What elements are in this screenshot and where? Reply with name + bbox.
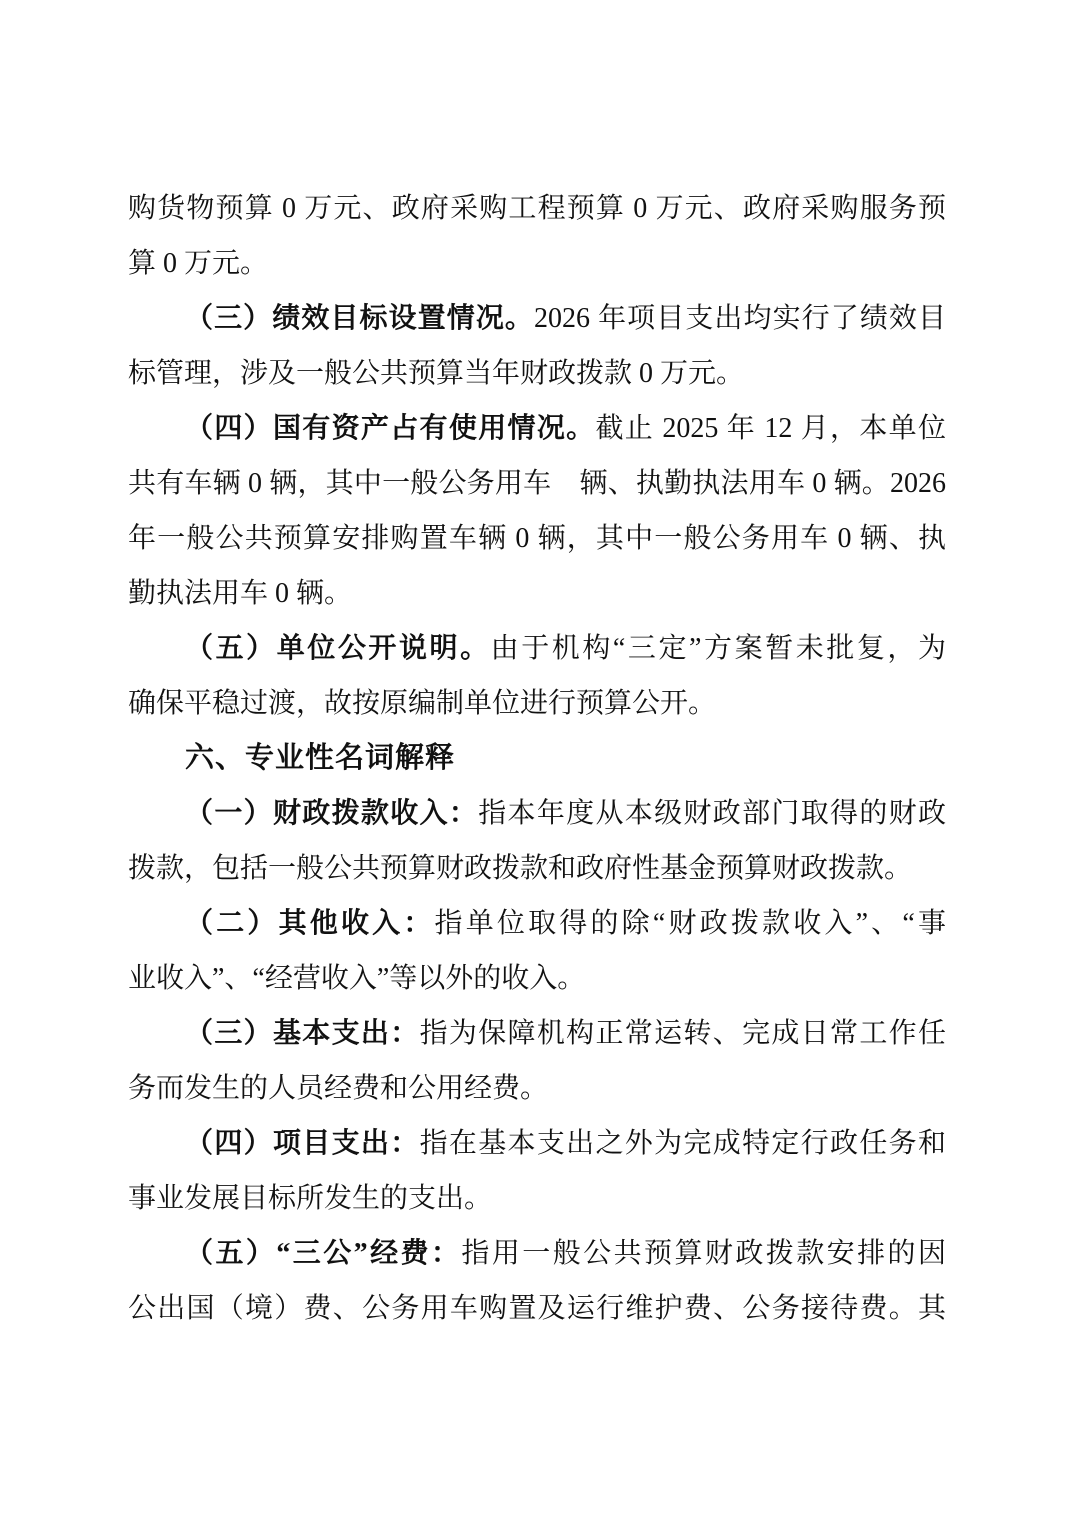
text-line: 算 0 万元。 [128, 236, 946, 291]
text-line: 年一般公共预算安排购置车辆 0 辆，其中一般公务用车 0 辆、执 [128, 511, 946, 566]
body-text: 指在基本支出之外为完成特定行政任务和 [420, 1128, 946, 1159]
body-text: 年一般公共预算安排购置车辆 0 辆，其中一般公务用车 0 辆、执 [128, 523, 946, 554]
text-line: 共有车辆 0 辆，其中一般公务用车 辆、执勤执法用车 0 辆。2026 [128, 456, 946, 511]
term-label: （四）国有资产占有使用情况。 [185, 413, 595, 444]
body-text: 指为保障机构正常运转、完成日常工作任 [420, 1018, 946, 1049]
text-line: （五）“三公”经费：指用一般公共预算财政拨款安排的因 [128, 1226, 946, 1281]
body-text: 指单位取得的除“财政拨款收入”、“事 [435, 908, 946, 939]
text-line: 公出国（境）费、公务用车购置及运行维护费、公务接待费。其 [128, 1281, 946, 1336]
text-line: （一）财政拨款收入：指本年度从本级财政部门取得的财政 [128, 786, 946, 841]
text-line: （二）其他收入：指单位取得的除“财政拨款收入”、“事 [128, 896, 946, 951]
text-line: 购货物预算 0 万元、政府采购工程预算 0 万元、政府采购服务预 [128, 181, 946, 236]
body-text: 务而发生的人员经费和公用经费。 [128, 1073, 548, 1104]
body-text: 业收入”、“经营收入”等以外的收入。 [128, 963, 585, 994]
body-text: 由于机构“三定”方案暂未批复，为 [491, 633, 946, 664]
text-line: 标管理，涉及一般公共预算当年财政拨款 0 万元。 [128, 346, 946, 401]
term-label: （三）绩效目标设置情况。 [185, 303, 534, 334]
text-line: （五）单位公开说明。由于机构“三定”方案暂未批复，为 [128, 621, 946, 676]
term-label: （五）单位公开说明。 [185, 633, 491, 664]
text-line: （四）项目支出：指在基本支出之外为完成特定行政任务和 [128, 1116, 946, 1171]
text-line: 业收入”、“经营收入”等以外的收入。 [128, 951, 946, 1006]
body-text: 算 0 万元。 [128, 248, 268, 279]
term-label: （一）财政拨款收入： [185, 798, 478, 829]
body-text: 指用一般公共预算财政拨款安排的因 [461, 1238, 946, 1269]
text-line: （三）绩效目标设置情况。2026 年项目支出均实行了绩效目 [128, 291, 946, 346]
text-line: 拨款，包括一般公共预算财政拨款和政府性基金预算财政拨款。 [128, 841, 946, 896]
text-line: 勤执法用车 0 辆。 [128, 566, 946, 621]
term-label: （二）其他收入： [185, 908, 435, 939]
body-text: 截止 2025 年 12 月，本单位 [595, 413, 946, 444]
body-text: 购货物预算 0 万元、政府采购工程预算 0 万元、政府采购服务预 [128, 193, 946, 224]
text-line: 事业发展目标所发生的支出。 [128, 1171, 946, 1226]
heading-text: 六、专业性名词解释 [185, 742, 455, 774]
document-body: 购货物预算 0 万元、政府采购工程预算 0 万元、政府采购服务预算 0 万元。（… [128, 181, 946, 1336]
body-text: 指本年度从本级财政部门取得的财政 [478, 798, 946, 829]
body-text: 确保平稳过渡，故按原编制单位进行预算公开。 [128, 688, 716, 719]
body-text: 共有车辆 0 辆，其中一般公务用车 辆、执勤执法用车 0 辆。2026 [128, 468, 946, 499]
term-label: （五）“三公”经费： [185, 1238, 461, 1269]
text-line: 确保平稳过渡，故按原编制单位进行预算公开。 [128, 676, 946, 731]
document-page: 购货物预算 0 万元、政府采购工程预算 0 万元、政府采购服务预算 0 万元。（… [0, 0, 1074, 1520]
body-text: 标管理，涉及一般公共预算当年财政拨款 0 万元。 [128, 358, 744, 389]
body-text: 拨款，包括一般公共预算财政拨款和政府性基金预算财政拨款。 [128, 853, 912, 884]
term-label: （三）基本支出： [185, 1018, 420, 1049]
body-text: 2026 年项目支出均实行了绩效目 [534, 303, 946, 334]
body-text: 勤执法用车 0 辆。 [128, 578, 352, 609]
section-heading: 六、专业性名词解释 [128, 731, 946, 786]
body-text: 公出国（境）费、公务用车购置及运行维护费、公务接待费。其 [128, 1293, 946, 1324]
text-line: 务而发生的人员经费和公用经费。 [128, 1061, 946, 1116]
text-line: （四）国有资产占有使用情况。截止 2025 年 12 月，本单位 [128, 401, 946, 456]
text-line: （三）基本支出：指为保障机构正常运转、完成日常工作任 [128, 1006, 946, 1061]
term-label: （四）项目支出： [185, 1128, 420, 1159]
body-text: 事业发展目标所发生的支出。 [128, 1183, 492, 1214]
